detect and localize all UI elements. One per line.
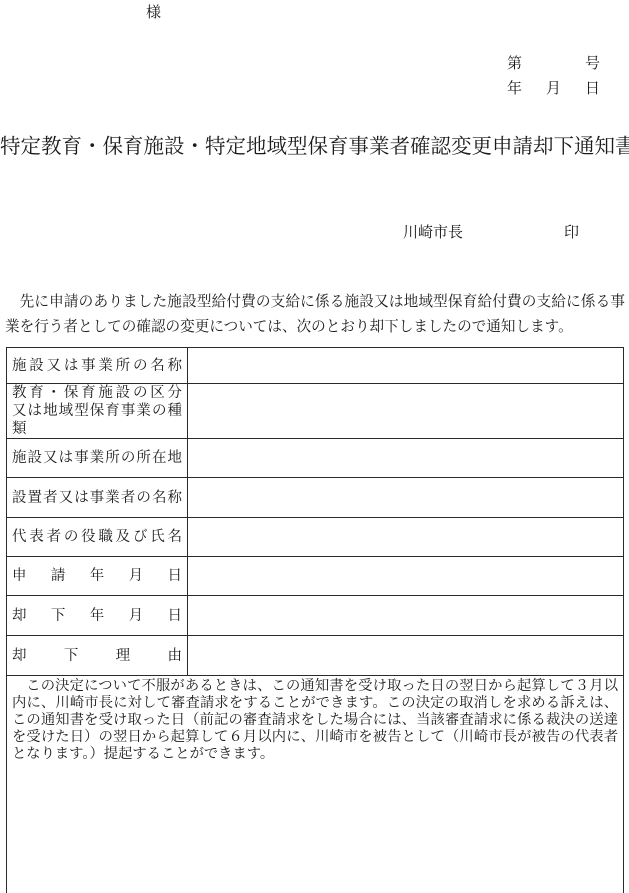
row-label: 施設又は事業所の所在地 [7,439,188,478]
row-label: 教育・保育施設の区分 又は地域型保育事業の種類 [7,384,188,439]
row-label: 申請年月日 [7,557,188,596]
doc-number-suffix: 号 [585,52,600,73]
seal-mark: 印 [564,221,579,242]
row-label: 設置者又は事業者の名称 [7,478,188,518]
table-row-representative: 代表者の役職及び氏名 [7,518,624,557]
recipient-honorific: 様 [146,5,162,21]
row-value [188,348,624,384]
table-row-application-date: 申請年月日 [7,557,624,596]
row-value [188,557,624,596]
footer-note: この決定について不服があるときは、この通知書を受け取った日の翌日から起算して３月… [7,676,624,893]
row-value [188,636,624,676]
row-value [188,518,624,557]
date-year-label: 年 [507,77,522,98]
row-label: 却下理由 [7,636,188,676]
table-row-operator-name: 設置者又は事業者の名称 [7,478,624,518]
form-table: 施設又は事業所の名称 教育・保育施設の区分 又は地域型保育事業の種類 施設又は事… [6,347,624,893]
body-paragraph: 先に申請のありました施設型給付費の支給に係る施設又は地域型保育給付費の支給に係る… [5,290,625,340]
row-value [188,596,624,636]
row-label: 施設又は事業所の名称 [7,348,188,384]
issuer-name: 川崎市長 [403,221,463,242]
row-label: 代表者の役職及び氏名 [7,518,188,557]
table-row-facility-name: 施設又は事業所の名称 [7,348,624,384]
doc-number-prefix: 第 [507,52,522,73]
row-value [188,439,624,478]
row-value [188,384,624,439]
footer-note-row: この決定について不服があるときは、この通知書を受け取った日の翌日から起算して３月… [7,676,624,893]
row-value [188,478,624,518]
date-month-label: 月 [546,77,561,98]
table-row-rejection-date: 却下年月日 [7,596,624,636]
recipient-line: 様 [146,1,162,22]
date-day-label: 日 [585,77,600,98]
table-row-facility-address: 施設又は事業所の所在地 [7,439,624,478]
document-number-line: 第 号 [507,52,600,73]
row-label: 却下年月日 [7,596,188,636]
date-line: 年 月 日 [507,77,600,98]
table-row-rejection-reason: 却下理由 [7,636,624,676]
document-title: 特定教育・保育施設・特定地域型保育事業者確認変更申請却下通知書 [0,129,629,159]
table-row-facility-category: 教育・保育施設の区分 又は地域型保育事業の種類 [7,384,624,439]
document-page: 様 第 号 年 月 日 特定教育・保育施設・特定地域型保育事業者確認変更申請却下… [0,0,629,893]
issuer-line: 川崎市長 印 [403,221,579,242]
